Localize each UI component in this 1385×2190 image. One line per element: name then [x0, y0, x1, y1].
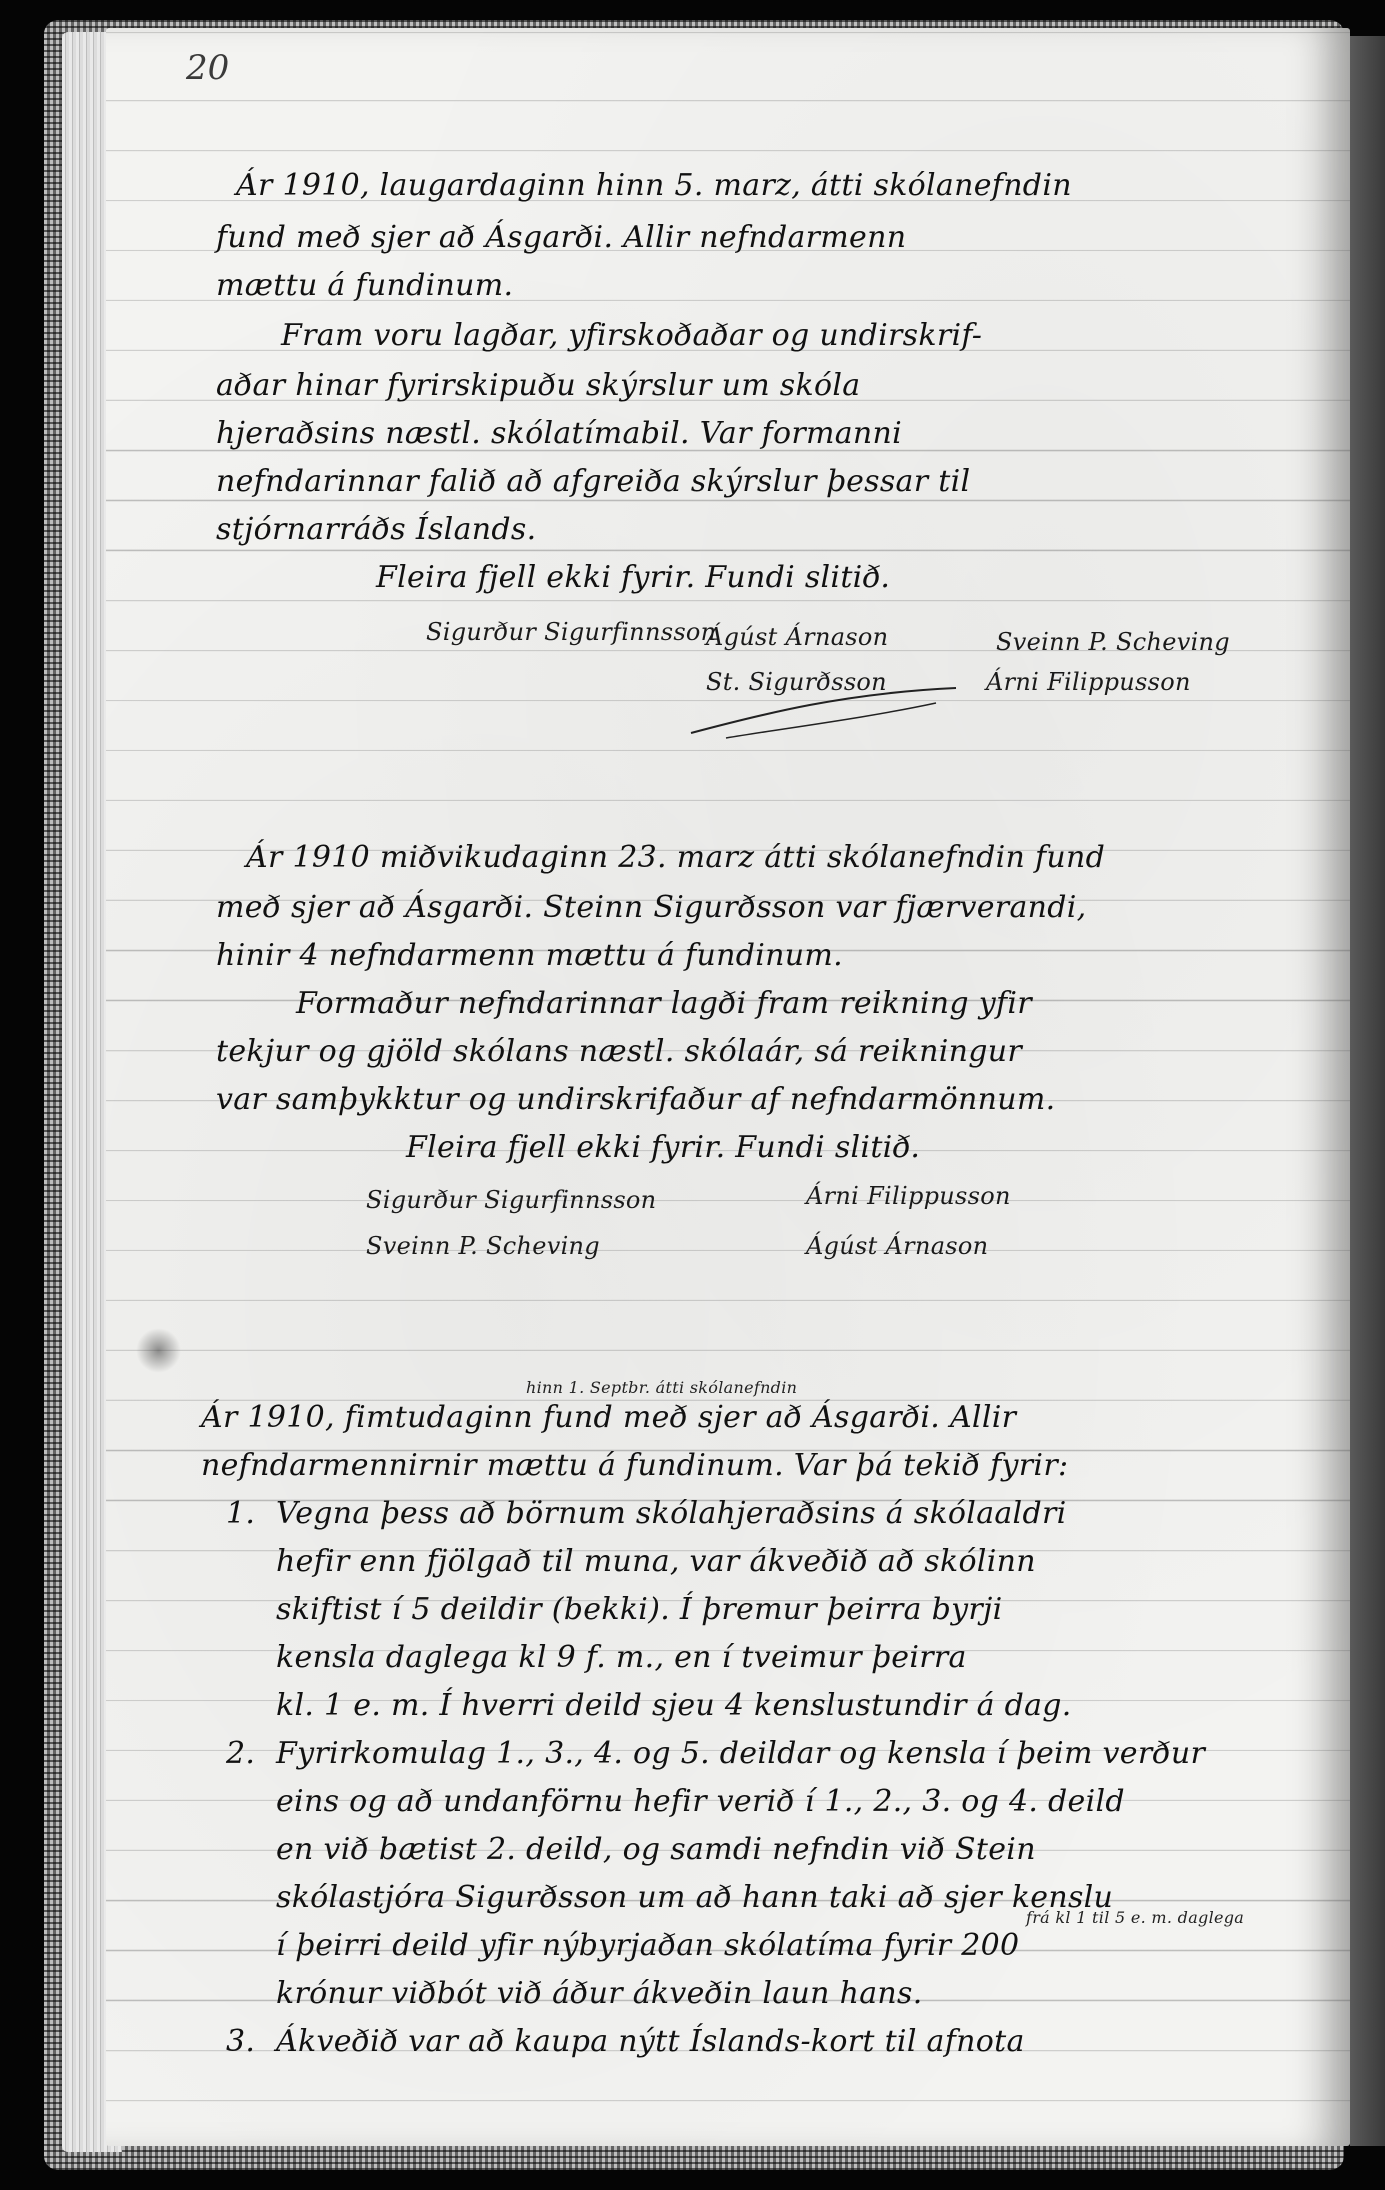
closing-line: Fleira fjell ekki fyrir. Fundi slitið.: [376, 560, 890, 595]
interlinear-insertion: hinn 1. Septbr. átti skólanefndin: [526, 1378, 797, 1397]
entry-line: fund með sjer að Ásgarði. Allir nefndarm…: [216, 220, 906, 255]
item-line: Ákveðið var að kaupa nýtt Íslands-kort t…: [276, 2024, 1025, 2059]
signature: Ágúst Árnason: [806, 1232, 988, 1260]
page-number: 20: [186, 48, 229, 88]
entry-line: var samþykktur og undirskrifaður af nefn…: [216, 1082, 1055, 1117]
entry-line: með sjer að Ásgarði. Steinn Sigurðsson v…: [216, 890, 1087, 925]
entry-line: Fram voru lagðar, yfirskoðaðar og undirs…: [281, 318, 982, 353]
signature: Ágúst Árnason: [706, 623, 888, 651]
signature: Sveinn P. Scheving: [996, 628, 1230, 656]
entry-line: aðar hinar fyrirskipuðu skýrslur um skól…: [216, 368, 860, 403]
binding-gutter: [1350, 36, 1385, 2146]
item-line: Fyrirkomulag 1., 3., 4. og 5. deildar og…: [276, 1736, 1205, 1771]
entry-line: hinir 4 nefndarmenn mættu á fundinum.: [216, 938, 843, 973]
item-line: kensla daglega kl 9 f. m., en í tveimur …: [276, 1640, 967, 1675]
entry-line: Ár 1910, fimtudaginn fund með sjer að Ás…: [201, 1400, 1016, 1435]
signature: Sveinn P. Scheving: [366, 1232, 600, 1260]
entry-line: mættu á fundinum.: [216, 268, 513, 303]
signature: Sigurður Sigurfinnsson: [366, 1186, 656, 1214]
signature: Sigurður Sigurfinnsson: [426, 618, 716, 646]
entry-line: tekjur og gjöld skólans næstl. skólaár, …: [216, 1034, 1022, 1069]
item-line: eins og að undanförnu hefir verið í 1., …: [276, 1784, 1125, 1819]
entry-line: Ár 1910, laugardaginn hinn 5. marz, átti…: [236, 168, 1072, 203]
entry-line: nefndarinnar falið að afgreiða skýrslur …: [216, 464, 970, 499]
item-line: skiftist í 5 deildir (bekki). Í þremur þ…: [276, 1592, 1003, 1627]
interlinear-insertion: frá kl 1 til 5 e. m. daglega: [1026, 1908, 1244, 1927]
item-line: kl. 1 e. m. Í hverri deild sjeu 4 kenslu…: [276, 1688, 1072, 1723]
item-number: 2.: [226, 1736, 255, 1771]
item-line: en við bætist 2. deild, og samdi nefndin…: [276, 1832, 1036, 1867]
signature: Árni Filippusson: [806, 1182, 1011, 1210]
item-line: í þeirri deild yfir nýbyrjaðan skólatíma…: [276, 1928, 1019, 1963]
entry-line: stjórnarráðs Íslands.: [216, 512, 536, 547]
item-number: 3.: [226, 2024, 255, 2059]
item-number: 1.: [226, 1496, 255, 1531]
item-line: skólastjóra Sigurðsson um að hann taki a…: [276, 1880, 1113, 1915]
closing-line: Fleira fjell ekki fyrir. Fundi slitið.: [406, 1130, 920, 1165]
item-line: hefir enn fjölgað til muna, var ákveðið …: [276, 1544, 1036, 1579]
signature-flourish: [686, 683, 966, 743]
entry-line: nefndarmennirnir mættu á fundinum. Var þ…: [201, 1448, 1068, 1483]
ledger-page: 20 Ár 1910, laugardaginn hinn 5. marz, á…: [106, 28, 1350, 2146]
entry-line: Ár 1910 miðvikudaginn 23. marz átti skól…: [246, 840, 1105, 875]
entry-line: hjeraðsins næstl. skólatímabil. Var form…: [216, 416, 902, 451]
item-line: krónur viðbót við áður ákveðin laun hans…: [276, 1976, 923, 2011]
item-line: Vegna þess að börnum skólahjeraðsins á s…: [276, 1496, 1067, 1531]
signature: Árni Filippusson: [986, 668, 1191, 696]
entry-line: Formaður nefndarinnar lagði fram reiknin…: [296, 986, 1032, 1021]
